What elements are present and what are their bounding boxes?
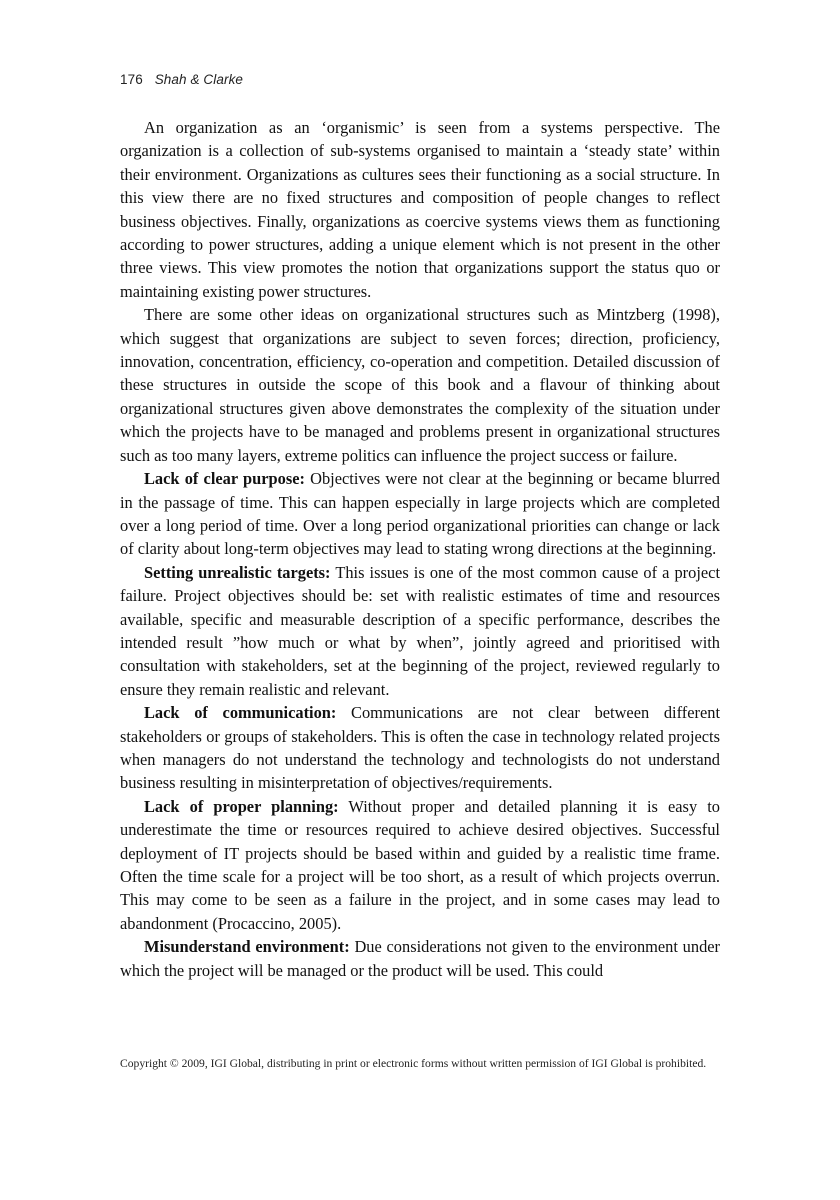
paragraph-lead: Lack of proper planning:: [144, 797, 339, 816]
paragraph-text: This issues is one of the most common ca…: [120, 563, 720, 699]
paragraph-lack-of-proper-planning: Lack of proper planning: Without proper …: [120, 795, 720, 935]
paragraph-lack-of-clear-purpose: Lack of clear purpose: Objectives were n…: [120, 467, 720, 561]
paragraph-lead: Misunderstand environment:: [144, 937, 350, 956]
running-head: 176 Shah & Clarke: [120, 72, 243, 87]
copyright-footer: Copyright © 2009, IGI Global, distributi…: [120, 1056, 720, 1071]
running-head-authors: Shah & Clarke: [155, 72, 243, 87]
paragraph-lead: Lack of clear purpose:: [144, 469, 305, 488]
paragraph-organismic: An organization as an ‘organismic’ is se…: [120, 116, 720, 303]
paragraph-text: Without proper and detailed planning it …: [120, 797, 720, 933]
body-text: An organization as an ‘organismic’ is se…: [120, 116, 720, 982]
page-number: 176: [120, 72, 143, 87]
paragraph-lead: Setting unrealistic targets:: [144, 563, 331, 582]
paragraph-text: An organization as an ‘organismic’ is se…: [120, 118, 720, 301]
paragraph-mintzberg: There are some other ideas on organizati…: [120, 303, 720, 467]
paragraph-text: There are some other ideas on organizati…: [120, 305, 720, 464]
paragraph-lack-of-communication: Lack of communication: Communications ar…: [120, 701, 720, 795]
paragraph-unrealistic-targets: Setting unrealistic targets: This issues…: [120, 561, 720, 701]
paragraph-lead: Lack of communication:: [144, 703, 336, 722]
paragraph-misunderstand-environment: Misunderstand environment: Due considera…: [120, 935, 720, 982]
